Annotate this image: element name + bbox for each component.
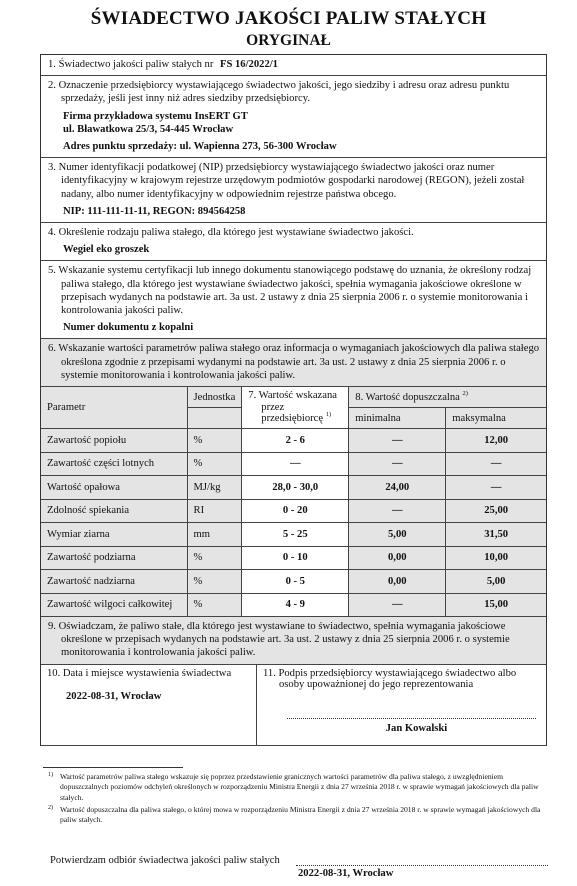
param-name-cell: Wymiar ziarna [41,523,187,547]
header-unit: Jednostka [187,387,242,408]
sale-point-address: Adres punktu sprzedaży: ul. Wapienna 273… [48,140,540,153]
param-declared-cell: — [242,452,349,476]
certificate-number: FS 16/2022/1 [220,59,278,70]
param-declared-cell: 2 - 6 [242,429,349,453]
section-11: 11. Podpis przedsiębiorcy wystawiającego… [257,665,546,745]
table-row: Wartość opałowaMJ/kg28,0 - 30,024,00— [41,476,546,500]
parameters-table: Parametr Jednostka 7. Wartość wskazana p… [41,387,546,617]
param-name-cell: Zdolność spiekania [41,499,187,523]
footnote-2: 2) Wartość dopuszczalna dla paliwa stałe… [46,805,546,826]
section-10: 10. Data i miejsce wystawienia świadectw… [41,665,257,745]
footnote-2-mark: 2) [48,803,53,813]
section-3: 3. Numer identyfikacji podatkowej (NIP) … [41,158,546,223]
section-9-label: 9. Oświadczam, że paliwo stałe, dla któr… [48,620,540,660]
param-min-cell: — [349,499,446,523]
table-header-row: Parametr Jednostka 7. Wartość wskazana p… [41,387,546,408]
section-5: 5. Wskazanie systemu certyfikacji lub in… [41,261,546,339]
section-4: 4. Określenie rodzaju paliwa stałego, dl… [41,223,546,261]
param-unit-cell: % [187,546,242,570]
param-max-cell: 10,00 [446,546,546,570]
param-max-cell: 12,00 [446,429,546,453]
section-5-label: 5. Wskazanie systemu certyfikacji lub in… [48,264,540,317]
nip-regon: NIP: 111-111-11-11, REGON: 894564258 [48,205,540,218]
document-title: ŚWIADECTWO JAKOŚCI PALIW STAŁYCH [0,8,577,30]
receipt-signature-line [296,865,548,866]
param-min-cell: — [349,452,446,476]
company-address: ul. Bławatkowa 25/3, 54-445 Wrocław [48,123,540,136]
param-min-cell: 0,00 [349,570,446,594]
parameter-rows: Zawartość popiołu%2 - 6—12,00Zawartość c… [41,429,546,617]
section-6: 6. Wskazanie wartości parametrów paliwa … [41,339,546,387]
section-9: 9. Oświadczam, że paliwo stałe, dla któr… [41,617,546,665]
signature-line [287,718,536,719]
table-row: Zawartość części lotnych%——— [41,452,546,476]
footnote-2-text: Wartość dopuszczalna dla paliwa stałego,… [60,805,540,824]
param-name-cell: Zawartość części lotnych [41,452,187,476]
table-row: Zdolność spiekaniaRI0 - 20—25,00 [41,499,546,523]
footnote-1-text: Wartość parametrów paliwa stałego wskazu… [60,772,539,802]
param-max-cell: 15,00 [446,593,546,617]
signature-row: 10. Data i miejsce wystawienia świadectw… [41,665,546,746]
footnote-1: 1) Wartość parametrów paliwa stałego wsk… [46,772,546,803]
document-subtitle: ORYGINAŁ [0,32,577,50]
section-4-label: 4. Określenie rodzaju paliwa stałego, dl… [48,226,540,239]
param-name-cell: Zawartość popiołu [41,429,187,453]
param-name-cell: Zawartość wilgoci całkowitej [41,593,187,617]
table-row: Wymiar ziarnamm5 - 255,0031,50 [41,523,546,547]
param-min-cell: — [349,429,446,453]
section-6-label: 6. Wskazanie wartości parametrów paliwa … [48,342,540,382]
header-min: minimalna [349,408,446,429]
param-max-cell: 25,00 [446,499,546,523]
param-name-cell: Wartość opałowa [41,476,187,500]
param-max-cell: — [446,476,546,500]
header-declared-line3: przedsiębiorcę [261,413,323,424]
param-min-cell: 5,00 [349,523,446,547]
param-unit-cell: MJ/kg [187,476,242,500]
section-11-label: 11. Podpis przedsiębiorcy wystawiającego… [263,668,540,690]
header-unit-blank [187,408,242,429]
footnote-divider [43,767,183,768]
table-row: Zawartość podziarna%0 - 100,0010,00 [41,546,546,570]
company-name: Firma przykładowa systemu InsERT GT [48,110,540,123]
section-2-label: 2. Oznaczenie przedsiębiorcy wystawiając… [48,79,540,105]
footnotes: 1) Wartość parametrów paliwa stałego wsk… [46,772,546,827]
param-unit-cell: % [187,593,242,617]
certificate-form: 1. Świadectwo jakości paliw stałych nr F… [40,54,547,746]
param-max-cell: 31,50 [446,523,546,547]
param-min-cell: — [349,593,446,617]
param-declared-cell: 5 - 25 [242,523,349,547]
header-declared-value: 7. Wartość wskazana przez przedsiębiorcę… [242,387,349,429]
param-declared-cell: 0 - 20 [242,499,349,523]
header-allowed-label: 8. Wartość dopuszczalna [355,392,460,403]
section-10-label: 10. Data i miejsce wystawienia świadectw… [47,668,250,679]
fuel-type: Wegiel eko groszek [48,243,540,256]
param-name-cell: Zawartość nadziarna [41,570,187,594]
issue-date-place: 2022-08-31, Wrocław [47,691,250,702]
param-min-cell: 0,00 [349,546,446,570]
table-row: Zawartość wilgoci całkowitej%4 - 9—15,00 [41,593,546,617]
section-2: 2. Oznaczenie przedsiębiorcy wystawiając… [41,76,546,158]
certification-document: Numer dokumentu z kopalni [48,321,540,334]
receipt-confirmation-label: Potwierdzam odbiór świadectwa jakości pa… [50,855,280,866]
header-declared-line1: 7. Wartość wskazana [248,390,337,401]
param-max-cell: 5,00 [446,570,546,594]
param-max-cell: — [446,452,546,476]
param-declared-cell: 0 - 5 [242,570,349,594]
param-declared-cell: 0 - 10 [242,546,349,570]
signer-name: Jan Kowalski [257,723,546,734]
footnote-ref-1: 1) [326,411,331,418]
param-unit-cell: % [187,570,242,594]
param-unit-cell: % [187,452,242,476]
param-unit-cell: mm [187,523,242,547]
section-3-label: 3. Numer identyfikacji podatkowej (NIP) … [48,161,540,201]
footnote-ref-2: 2) [463,390,468,397]
param-min-cell: 24,00 [349,476,446,500]
table-row: Zawartość nadziarna%0 - 50,005,00 [41,570,546,594]
header-max: maksymalna [446,408,546,429]
param-unit-cell: % [187,429,242,453]
section-1-label: 1. Świadectwo jakości paliw stałych nr [48,59,213,70]
section-1: 1. Świadectwo jakości paliw stałych nr F… [41,55,546,76]
param-unit-cell: RI [187,499,242,523]
header-parameter: Parametr [41,387,187,429]
header-allowed-value: 8. Wartość dopuszczalna 2) [349,387,546,408]
param-declared-cell: 28,0 - 30,0 [242,476,349,500]
table-row: Zawartość popiołu%2 - 6—12,00 [41,429,546,453]
param-name-cell: Zawartość podziarna [41,546,187,570]
param-declared-cell: 4 - 9 [242,593,349,617]
receipt-date-place: 2022-08-31, Wrocław [298,868,393,879]
footnote-1-mark: 1) [48,770,53,780]
